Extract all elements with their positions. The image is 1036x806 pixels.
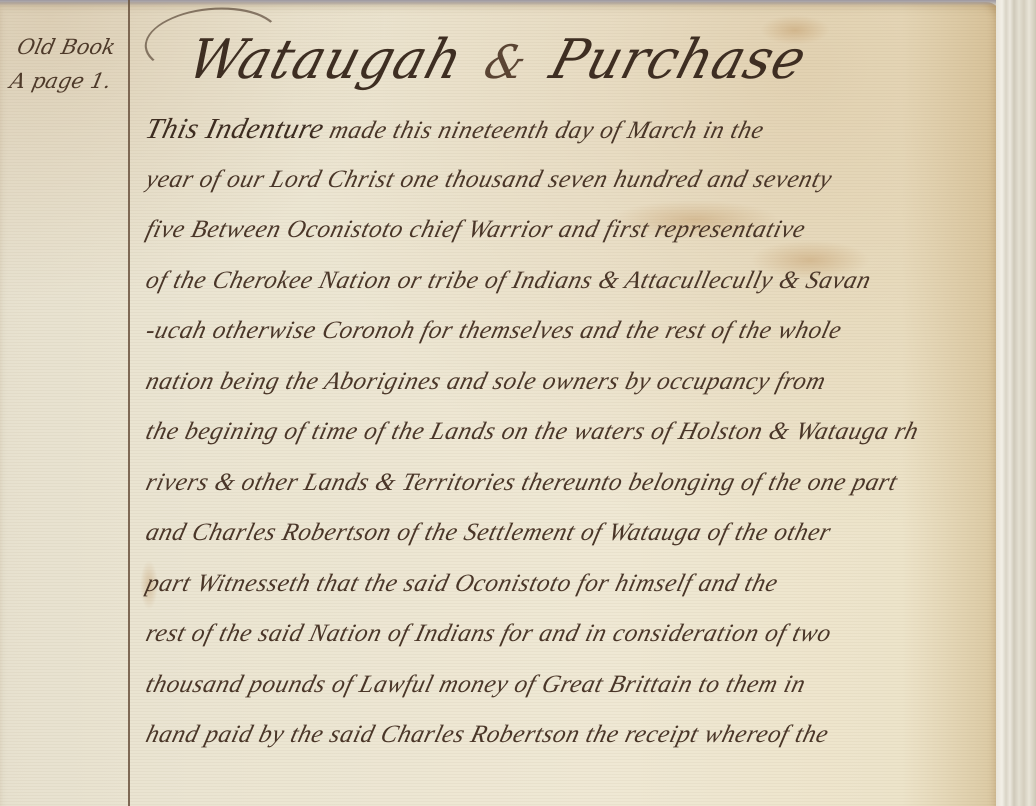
- manuscript-line: year of our Lord Christ one thousand sev…: [140, 155, 1005, 206]
- line-text: five Between Oconistoto chief Warrior an…: [143, 216, 808, 243]
- manuscript-line: the begining of time of the Lands on the…: [140, 407, 1005, 458]
- line-text: of the Cherokee Nation or tribe of India…: [143, 267, 874, 294]
- line-text: year of our Lord Christ one thousand sev…: [143, 166, 835, 193]
- manuscript-line: and Charles Robertson of the Settlement …: [140, 508, 1005, 559]
- manuscript-line: of the Cherokee Nation or tribe of India…: [140, 256, 1005, 307]
- book-page-edges: [996, 0, 1036, 806]
- manuscript-line: This Indenture made this nineteenth day …: [140, 104, 1005, 155]
- manuscript-line: five Between Oconistoto chief Warrior an…: [140, 205, 1005, 256]
- line-text: and Charles Robertson of the Settlement …: [143, 519, 834, 546]
- page-title: Wataugah & Purchase: [181, 29, 814, 92]
- line-text: thousand pounds of Lawful money of Great…: [143, 671, 808, 698]
- manuscript-line: -ucah otherwise Coronoh for themselves a…: [140, 306, 1005, 357]
- line-text: rivers & other Lands & Territories there…: [143, 469, 900, 496]
- margin-note: Old Book A page 1.: [7, 30, 131, 98]
- manuscript-line: hand paid by the said Charles Robertson …: [140, 710, 1005, 761]
- title-word-purchase: Purchase: [543, 29, 813, 92]
- line-text: the begining of time of the Lands on the…: [143, 418, 922, 445]
- line-text: hand paid by the said Charles Robertson …: [143, 721, 831, 748]
- line-text: -ucah otherwise Coronoh for themselves a…: [143, 317, 845, 344]
- manuscript-line: nation being the Aborigines and sole own…: [140, 357, 1005, 408]
- line-text: rest of the said Nation of Indians for a…: [143, 620, 834, 647]
- manuscript-line: rivers & other Lands & Territories there…: [140, 458, 1005, 509]
- line-text: part Witnesseth that the said Oconistoto…: [143, 570, 781, 597]
- margin-rule: [128, 0, 130, 806]
- manuscript-line: part Witnesseth that the said Oconistoto…: [140, 559, 1005, 610]
- manuscript-scan: Old Book A page 1. Wataugah & Purchase T…: [0, 0, 1036, 806]
- margin-note-line: A page 1.: [7, 64, 124, 98]
- margin-note-line: Old Book: [14, 30, 131, 64]
- page-top-shadow: [0, 0, 1036, 6]
- title-connector: &: [470, 36, 542, 90]
- manuscript-line: thousand pounds of Lawful money of Great…: [140, 660, 1005, 711]
- manuscript-line: rest of the said Nation of Indians for a…: [140, 609, 1005, 660]
- line-text: nation being the Aborigines and sole own…: [143, 368, 829, 395]
- line-text: made this nineteenth day of March in the: [320, 117, 767, 144]
- manuscript-body: This Indenture made this nineteenth day …: [140, 104, 992, 761]
- opening-words: This Indenture: [142, 113, 327, 145]
